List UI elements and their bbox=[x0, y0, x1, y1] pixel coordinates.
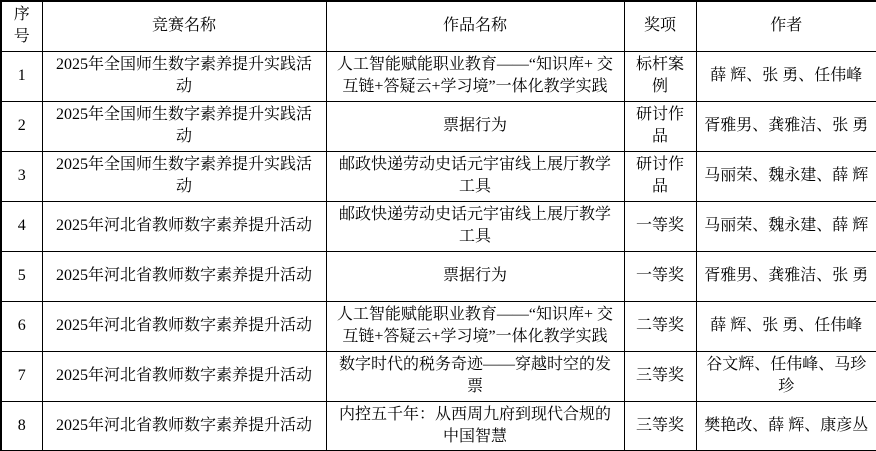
cell-no: 1 bbox=[1, 51, 42, 101]
cell-authors: 薛 辉、张 勇、任伟峰 bbox=[696, 51, 876, 101]
cell-no: 5 bbox=[1, 251, 42, 301]
cell-competition: 2025年全国师生数字素养提升实践活动 bbox=[42, 151, 326, 201]
cell-competition: 2025年河北省教师数字素养提升活动 bbox=[42, 251, 326, 301]
cell-no: 8 bbox=[1, 401, 42, 451]
cell-authors: 谷文辉、任伟峰、马珍珍 bbox=[696, 351, 876, 401]
cell-award: 研讨作品 bbox=[624, 101, 696, 151]
cell-work: 票据行为 bbox=[326, 251, 624, 301]
cell-work: 内控五千年：从西周九府到现代合规的中国智慧 bbox=[326, 401, 624, 451]
col-header-work: 作品名称 bbox=[326, 1, 624, 51]
cell-award: 一等奖 bbox=[624, 251, 696, 301]
cell-competition: 2025年河北省教师数字素养提升活动 bbox=[42, 301, 326, 351]
table-row: 8 2025年河北省教师数字素养提升活动 内控五千年：从西周九府到现代合规的中国… bbox=[1, 401, 876, 451]
cell-award: 二等奖 bbox=[624, 301, 696, 351]
cell-competition: 2025年全国师生数字素养提升实践活动 bbox=[42, 101, 326, 151]
cell-work: 邮政快递劳动史话元宇宙线上展厅教学工具 bbox=[326, 151, 624, 201]
cell-work: 邮政快递劳动史话元宇宙线上展厅教学工具 bbox=[326, 201, 624, 251]
cell-authors: 樊艳改、薛 辉、康彦丛 bbox=[696, 401, 876, 451]
table-row: 1 2025年全国师生数字素养提升实践活动 人工智能赋能职业教育——“知识库+ … bbox=[1, 51, 876, 101]
cell-competition: 2025年河北省教师数字素养提升活动 bbox=[42, 201, 326, 251]
table-row: 7 2025年河北省教师数字素养提升活动 数字时代的税务奇迹——穿越时空的发票 … bbox=[1, 351, 876, 401]
cell-competition: 2025年全国师生数字素养提升实践活动 bbox=[42, 51, 326, 101]
cell-competition: 2025年河北省教师数字素养提升活动 bbox=[42, 401, 326, 451]
header-row: 序号 竞赛名称 作品名称 奖项 作者 bbox=[1, 1, 876, 51]
table-row: 6 2025年河北省教师数字素养提升活动 人工智能赋能职业教育——“知识库+ 交… bbox=[1, 301, 876, 351]
cell-work: 人工智能赋能职业教育——“知识库+ 交互链+答疑云+学习境”一体化教学实践 bbox=[326, 51, 624, 101]
awards-table: 序号 竞赛名称 作品名称 奖项 作者 1 2025年全国师生数字素养提升实践活动… bbox=[0, 0, 876, 451]
cell-work: 票据行为 bbox=[326, 101, 624, 151]
cell-no: 3 bbox=[1, 151, 42, 201]
cell-competition: 2025年河北省教师数字素养提升活动 bbox=[42, 351, 326, 401]
cell-award: 一等奖 bbox=[624, 201, 696, 251]
cell-award: 三等奖 bbox=[624, 401, 696, 451]
table-row: 5 2025年河北省教师数字素养提升活动 票据行为 一等奖 胥雅男、龚雅洁、张 … bbox=[1, 251, 876, 301]
cell-award: 三等奖 bbox=[624, 351, 696, 401]
cell-authors: 马丽荣、魏永建、薛 辉 bbox=[696, 201, 876, 251]
cell-award: 研讨作品 bbox=[624, 151, 696, 201]
cell-no: 4 bbox=[1, 201, 42, 251]
table-row: 2 2025年全国师生数字素养提升实践活动 票据行为 研讨作品 胥雅男、龚雅洁、… bbox=[1, 101, 876, 151]
cell-authors: 马丽荣、魏永建、薛 辉 bbox=[696, 151, 876, 201]
cell-no: 6 bbox=[1, 301, 42, 351]
cell-authors: 薛 辉、张 勇、任伟峰 bbox=[696, 301, 876, 351]
col-header-award: 奖项 bbox=[624, 1, 696, 51]
cell-award: 标杆案例 bbox=[624, 51, 696, 101]
cell-work: 人工智能赋能职业教育——“知识库+ 交互链+答疑云+学习境”一体化教学实践 bbox=[326, 301, 624, 351]
table-row: 4 2025年河北省教师数字素养提升活动 邮政快递劳动史话元宇宙线上展厅教学工具… bbox=[1, 201, 876, 251]
cell-no: 2 bbox=[1, 101, 42, 151]
cell-no: 7 bbox=[1, 351, 42, 401]
cell-authors: 胥雅男、龚雅洁、张 勇 bbox=[696, 101, 876, 151]
col-header-authors: 作者 bbox=[696, 1, 876, 51]
col-header-competition: 竞赛名称 bbox=[42, 1, 326, 51]
cell-work: 数字时代的税务奇迹——穿越时空的发票 bbox=[326, 351, 624, 401]
cell-authors: 胥雅男、龚雅洁、张 勇 bbox=[696, 251, 876, 301]
table-row: 3 2025年全国师生数字素养提升实践活动 邮政快递劳动史话元宇宙线上展厅教学工… bbox=[1, 151, 876, 201]
col-header-no: 序号 bbox=[1, 1, 42, 51]
